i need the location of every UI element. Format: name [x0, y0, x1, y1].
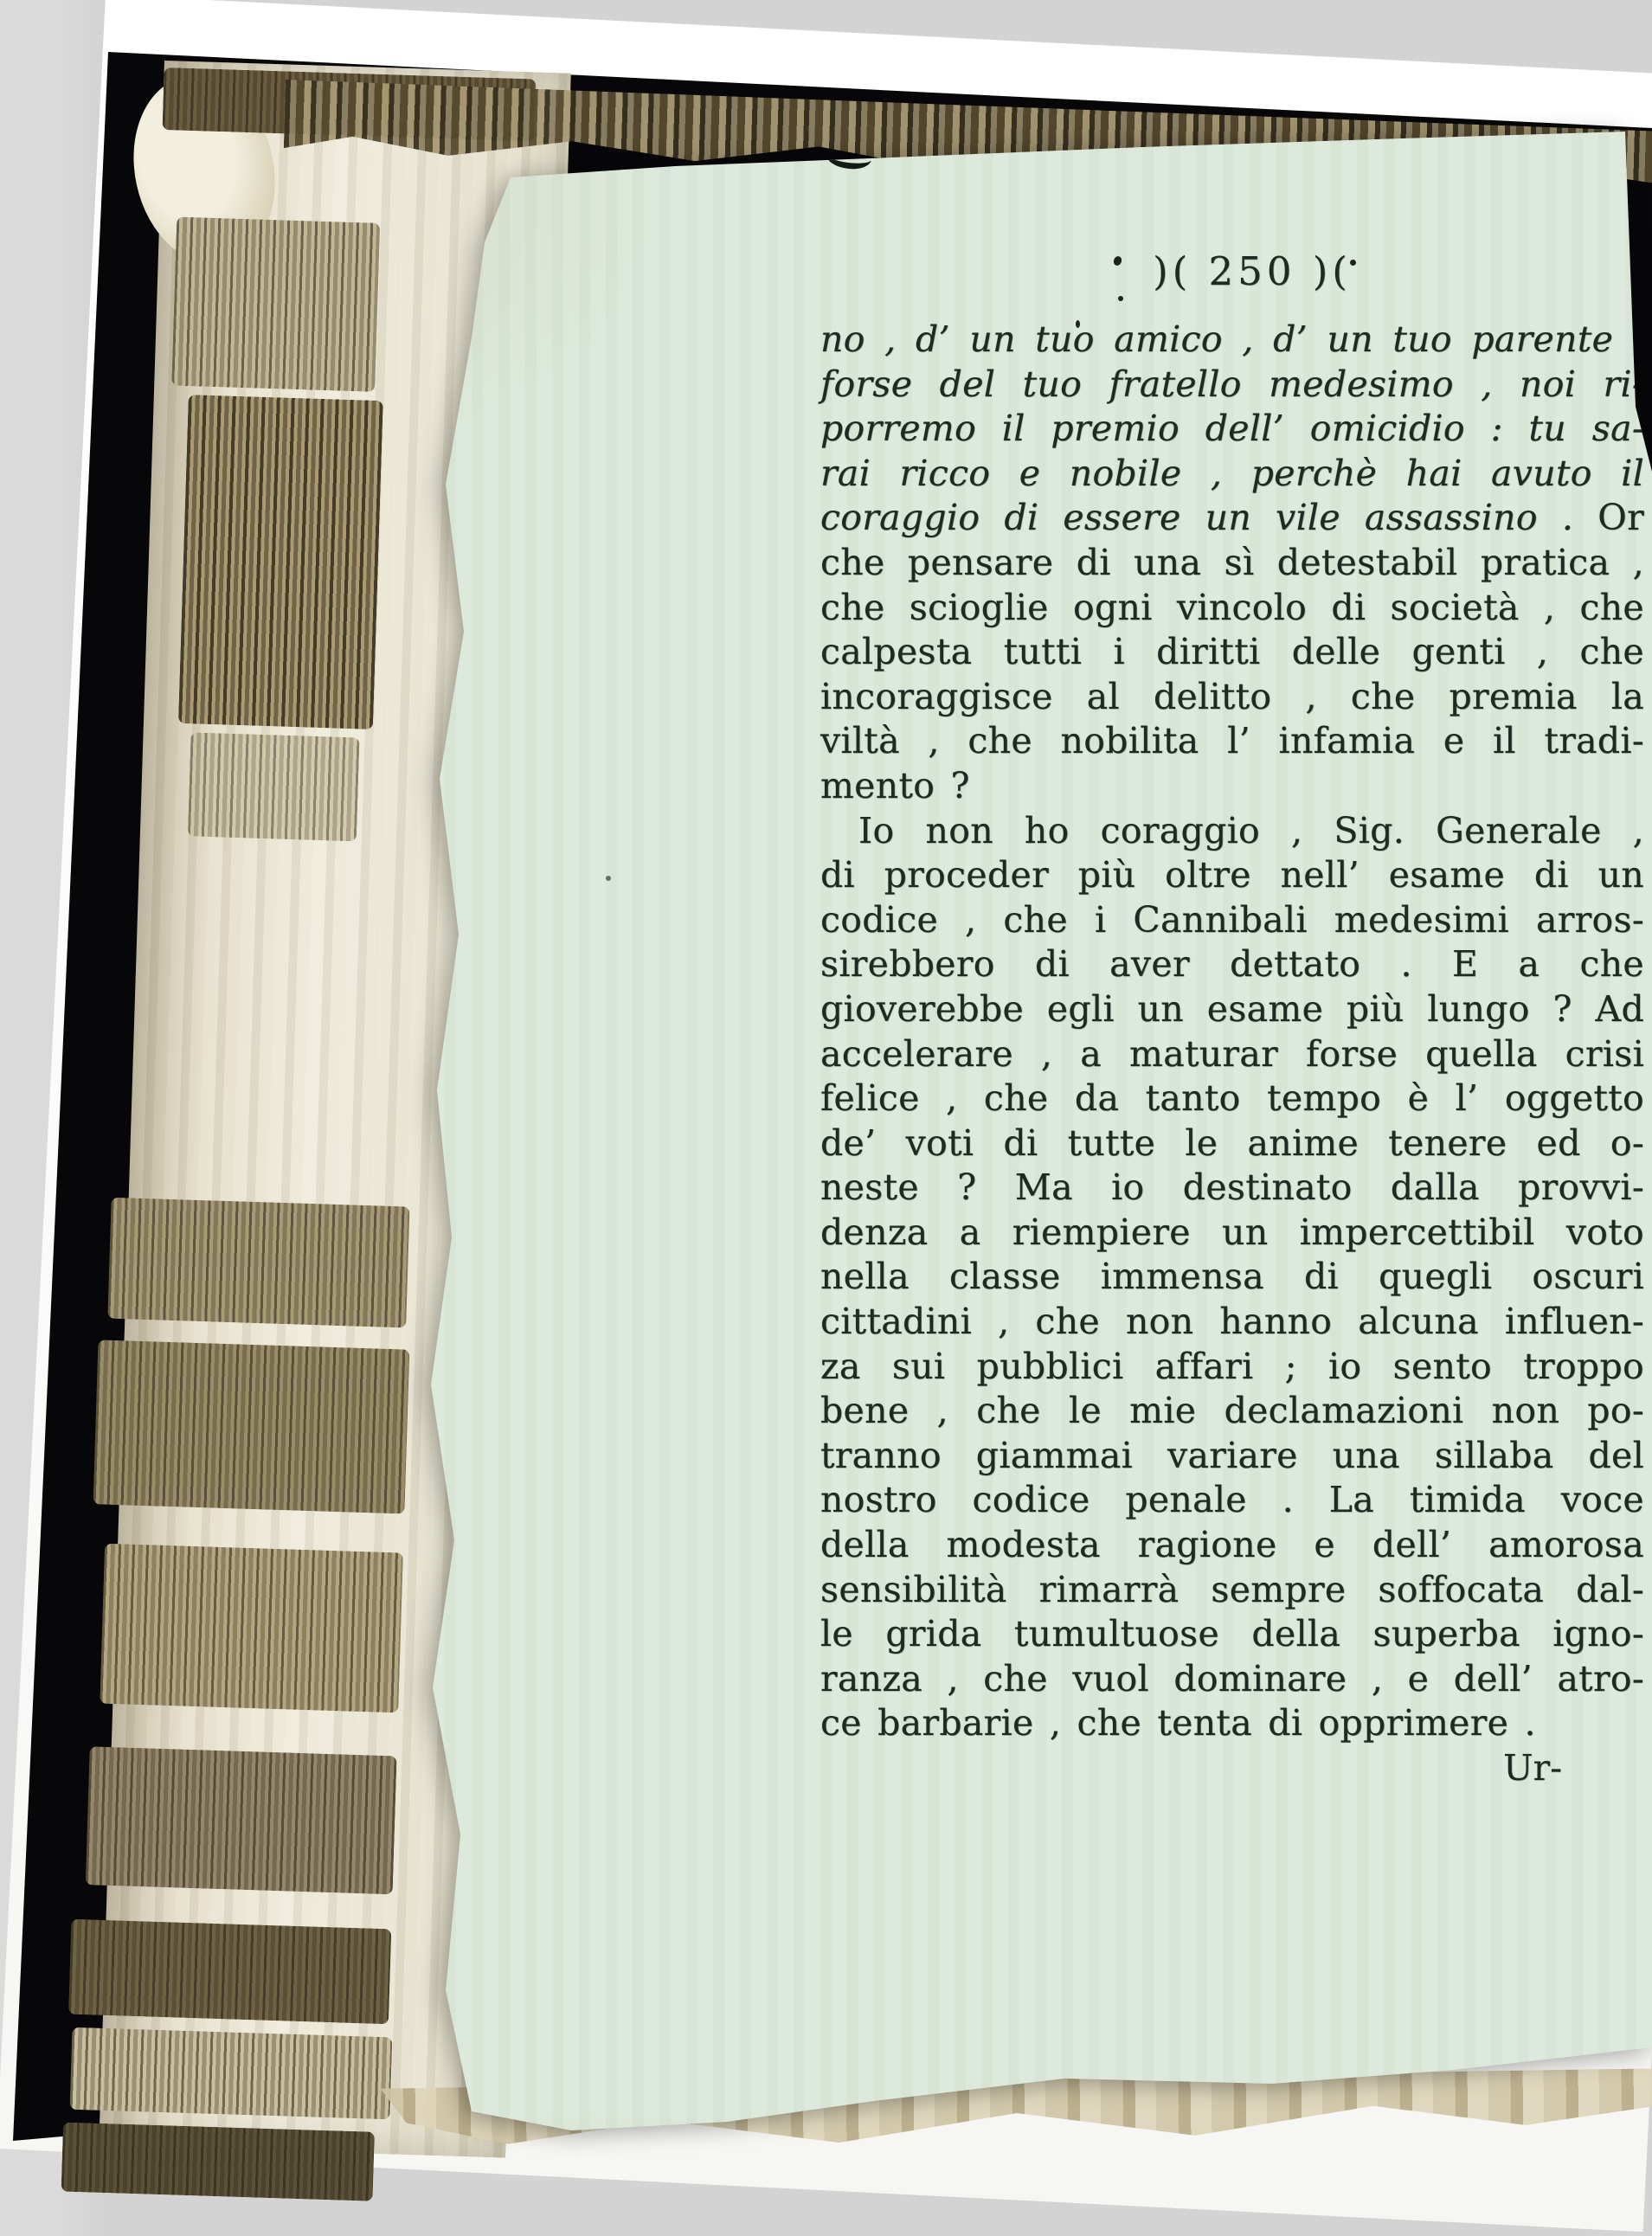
roman-text-segment: ce barbarie , che tenta di opprimere . — [820, 1702, 1536, 1744]
roman-text-segment: calpesta tutti i diritti delle genti , c… — [820, 631, 1644, 672]
roman-text-segment: gioverebbe egli un esame più lungo ? Ad — [820, 988, 1644, 1030]
text-line: della modesta ragione e dell’ amorosa — [820, 1523, 1644, 1568]
text-line: cittadini , che non hanno alcuna influen… — [820, 1300, 1644, 1345]
text-line: di proceder più oltre nell’ esame di un — [820, 853, 1644, 898]
ink-speck — [606, 876, 611, 881]
roman-text-segment: tranno giammai variare una sillaba del — [820, 1435, 1644, 1476]
roman-text-segment: neste ? Ma io destinato dalla provvi- — [820, 1166, 1644, 1208]
italic-text-segment: forse del tuo fratello medesimo , noi ri… — [820, 363, 1644, 405]
roman-text-segment: le grida tumultuose della superba igno- — [820, 1613, 1644, 1655]
text-line: che scioglie ogni vincolo di società , c… — [820, 586, 1644, 631]
text-line: nella classe immensa di quegli oscuri — [820, 1255, 1644, 1300]
text-column: )( 250 )( no , d’ un tuo amico , d’ un t… — [820, 247, 1644, 1789]
book-page: )( 250 )( no , d’ un tuo amico , d’ un t… — [0, 0, 1652, 2236]
roman-text-segment: accelerare , a maturar forse quella cris… — [820, 1033, 1644, 1075]
roman-text-segment: codice , che i Cannibali medesimi arros- — [820, 899, 1644, 941]
roman-text-segment: che scioglie ogni vincolo di società , c… — [820, 587, 1644, 628]
text-line: sensibilità rimarrà sempre soffocata dal… — [820, 1568, 1644, 1613]
text-line: porremo il premio dell’ omicidio : tu sa… — [820, 407, 1644, 452]
italic-text-segment: porremo il premio dell’ omicidio : tu sa… — [820, 408, 1644, 449]
italic-text-segment: rai ricco e nobile , perchè hai avuto il — [820, 453, 1644, 494]
text-line: che pensare di una sì detestabil pratica… — [820, 541, 1644, 586]
roman-text-segment: di proceder più oltre nell’ esame di un — [820, 854, 1644, 896]
page-header: )( 250 )( — [820, 247, 1644, 297]
text-line: ce barbarie , che tenta di opprimere . — [820, 1701, 1644, 1746]
text-line: denza a riempiere un impercettibil voto — [820, 1211, 1644, 1256]
text-line: accelerare , a maturar forse quella cris… — [820, 1032, 1644, 1077]
roman-text-segment: nella classe immensa di quegli oscuri — [820, 1256, 1644, 1297]
book-page-wrap: )( 250 )( no , d’ un tuo amico , d’ un t… — [0, 0, 1652, 2236]
text-line: forse del tuo fratello medesimo , noi ri… — [820, 363, 1644, 408]
roman-text-segment: della modesta ragione e dell’ amorosa — [820, 1524, 1644, 1565]
ink-stroke-mark — [826, 143, 873, 171]
text-line: felice , che da tanto tempo è l’ oggetto — [820, 1076, 1644, 1121]
italic-text-segment: no , d’ un tuo amico , d’ un tuo parente… — [820, 318, 1644, 360]
body-text: no , d’ un tuo amico , d’ un tuo parente… — [820, 318, 1644, 1746]
roman-text-segment: mento ? — [820, 765, 970, 806]
roman-text-segment: Or — [1597, 497, 1644, 538]
roman-text-segment: de’ voti di tutte le anime tenere ed o- — [820, 1122, 1644, 1164]
text-line: sirebbero di aver dettato . E a che — [820, 942, 1644, 987]
roman-text-segment: incoraggisce al delitto , che premia la — [820, 676, 1644, 717]
roman-text-segment: che pensare di una sì detestabil pratica… — [820, 542, 1644, 583]
italic-text-segment: coraggio di essere un vile assassino . — [820, 497, 1597, 538]
text-line: le grida tumultuose della superba igno- — [820, 1612, 1644, 1657]
text-line: rai ricco e nobile , perchè hai avuto il — [820, 452, 1644, 497]
roman-text-segment: felice , che da tanto tempo è l’ oggetto — [820, 1077, 1644, 1119]
roman-text-segment: Io non ho coraggio , Sig. Generale , — [858, 810, 1644, 851]
text-line: bene , che le mie declamazioni non po- — [820, 1389, 1644, 1434]
roman-text-segment: nostro codice penale . La timida voce — [820, 1479, 1644, 1520]
text-line: codice , che i Cannibali medesimi arros- — [820, 898, 1644, 943]
roman-text-segment: denza a riempiere un impercettibil voto — [820, 1211, 1644, 1253]
roman-text-segment: za sui pubblici affari ; io sento troppo — [820, 1346, 1644, 1387]
roman-text-segment: sirebbero di aver dettato . E a che — [820, 943, 1644, 985]
text-line: nostro codice penale . La timida voce — [820, 1478, 1644, 1523]
text-line: Io non ho coraggio , Sig. Generale , — [820, 809, 1644, 854]
text-line: coraggio di essere un vile assassino . O… — [820, 496, 1644, 541]
text-line: incoraggisce al delitto , che premia la — [820, 675, 1644, 720]
roman-text-segment: cittadini , che non hanno alcuna influen… — [820, 1301, 1644, 1342]
text-line: neste ? Ma io destinato dalla provvi- — [820, 1166, 1644, 1211]
text-line: ranza , che vuol dominare , e dell’ atro… — [820, 1657, 1644, 1702]
text-line: tranno giammai variare una sillaba del — [820, 1434, 1644, 1479]
roman-text-segment: viltà , che nobilita l’ infamia e il tra… — [820, 720, 1644, 761]
roman-text-segment: ranza , che vuol dominare , e dell’ atro… — [820, 1658, 1644, 1699]
text-line: calpesta tutti i diritti delle genti , c… — [820, 630, 1644, 675]
text-line: no , d’ un tuo amico , d’ un tuo parente… — [820, 318, 1644, 363]
roman-text-segment: sensibilità rimarrà sempre soffocata dal… — [820, 1569, 1644, 1610]
text-line: viltà , che nobilita l’ infamia e il tra… — [820, 719, 1644, 764]
text-line: de’ voti di tutte le anime tenere ed o- — [820, 1121, 1644, 1166]
roman-text-segment: bene , che le mie declamazioni non po- — [820, 1390, 1644, 1431]
text-line: mento ? — [820, 764, 1644, 809]
text-line: gioverebbe egli un esame più lungo ? Ad — [820, 987, 1644, 1032]
scan-background: )( 250 )( no , d’ un tuo amico , d’ un t… — [0, 0, 1652, 2236]
catchword: Ur- — [820, 1746, 1644, 1789]
text-line: za sui pubblici affari ; io sento troppo — [820, 1345, 1644, 1390]
